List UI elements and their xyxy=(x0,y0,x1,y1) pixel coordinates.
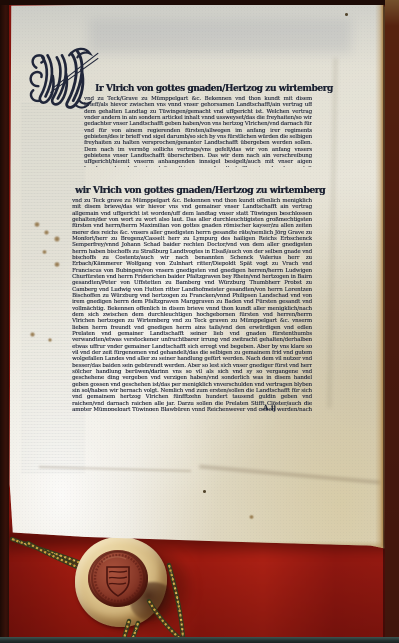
velvet-shading xyxy=(0,560,399,643)
frame-bottom-edge xyxy=(0,637,399,643)
frame-right-edge xyxy=(385,0,399,643)
foxing-spot xyxy=(44,230,49,235)
parchment-page: Ir Vlrich von gottes gnaden/Hertzog zu w… xyxy=(9,3,386,550)
foxing-spot xyxy=(48,338,52,342)
coat-of-arms-icon xyxy=(88,550,148,607)
foxing-spot xyxy=(249,515,254,519)
foxing-spot xyxy=(42,250,47,254)
signature-mark: A ij xyxy=(263,403,276,412)
section-2-heading: wir Vlrich von gottes gnaden/Hertzog zu … xyxy=(75,185,325,196)
ink-speck xyxy=(345,13,348,16)
section-1-heading: Ir Vlrich von gottes gnaden/Hertzog zu w… xyxy=(95,83,333,94)
ink-speck xyxy=(203,490,206,493)
frame-top-edge xyxy=(0,0,399,5)
section-2-body: vnd zu Teck grave zu Mümppelgart &c. Bek… xyxy=(72,198,312,411)
foxing-spot xyxy=(34,222,40,227)
framed-document-photo: Ir Vlrich von gottes gnaden/Hertzog zu w… xyxy=(0,0,399,643)
section-1-body: vnd zu Teck/Grave zu Mümppelgart &c. Bek… xyxy=(84,96,312,167)
foxing-spot xyxy=(54,236,60,242)
frame-left-edge xyxy=(0,0,9,643)
foxing-spot xyxy=(30,332,35,337)
paper-top-shading xyxy=(89,19,351,53)
foxing-spot xyxy=(54,262,60,267)
wax-seal-impression xyxy=(88,550,148,607)
